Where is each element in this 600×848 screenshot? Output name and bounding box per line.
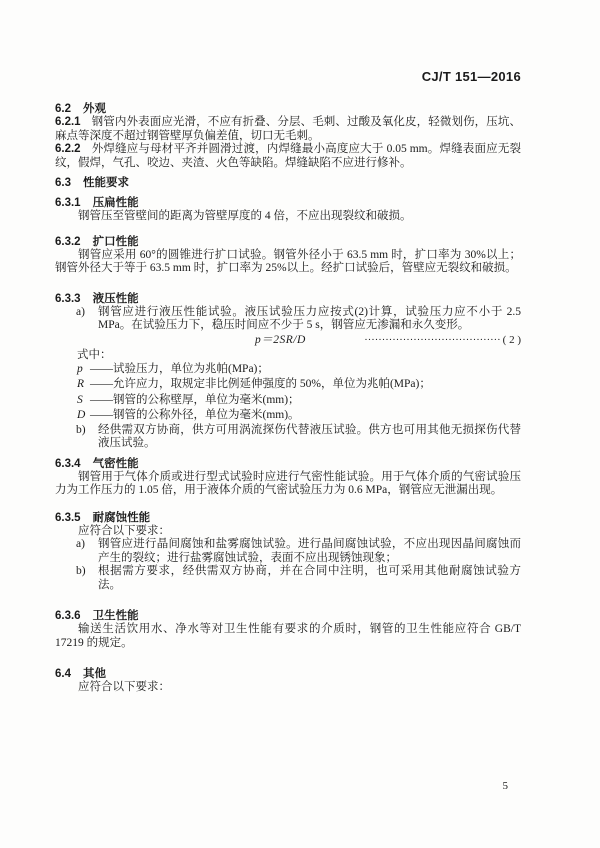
- list-item-6-3-3-a: a)钢管应进行液压性能试验。液压试验压力应按式(2)计算，试验压力应不小于 2.…: [55, 306, 521, 333]
- section-title: 外观: [83, 103, 106, 115]
- clause-6-2-1: 6.2.1钢管内外表面应光滑，不应有折叠、分层、毛刺、过酸及氧化皮，轻微划伤，压…: [55, 116, 521, 143]
- paragraph-6-3-6: 输送生活饮用水、净水等对卫生性能有要求的介质时，钢管的卫生性能应符合 GB/T …: [55, 623, 521, 650]
- section-heading-6-3-2: 6.3.2扩口性能: [55, 235, 521, 249]
- section-number: 6.3.4: [55, 458, 81, 470]
- list-text: 经供需双方协商，供方可用涡流探伤代替液压试验。供方也可用其他无损探伤代替液压试验…: [98, 424, 521, 450]
- section-title: 性能要求: [83, 177, 129, 189]
- section-heading-6-4: 6.4其他: [55, 667, 521, 681]
- formula-number: ( 2 ): [503, 333, 521, 347]
- symbol-definition-row: p——试验压力，单位为兆帕(MPa)；: [55, 362, 521, 378]
- section-number: 6.2: [55, 103, 71, 115]
- section-heading-6-3-6: 6.3.6卫生性能: [55, 609, 521, 623]
- section-heading-6-3-5: 6.3.5耐腐蚀性能: [55, 511, 521, 525]
- paragraph-6-3-5-intro: 应符合以下要求：: [55, 525, 521, 539]
- symbol: S: [77, 393, 90, 409]
- clause-number: 6.2.1: [55, 116, 81, 128]
- formula-row: p＝2SR/D ································…: [55, 333, 521, 348]
- symbol: R: [77, 377, 90, 393]
- list-text: 钢管应进行晶间腐蚀和盐雾腐蚀试验。进行晶间腐蚀试验，不应出现因晶间腐蚀而产生的裂…: [98, 538, 521, 564]
- symbol-definition-row: S——钢管的公称壁厚，单位为毫米(mm)；: [55, 393, 521, 409]
- symbol-definition-row: R——允许应力，取规定非比例延伸强度的 50%，单位为兆帕(MPa)；: [55, 377, 521, 393]
- list-text: 根据需方要求，经供需双方协商，并在合同中注明，也可采用其他耐腐蚀试验方法。: [98, 565, 521, 591]
- formula-expression: p＝2SR/D: [255, 333, 306, 347]
- section-title: 气密性能: [93, 458, 139, 470]
- section-number: 6.3.6: [55, 610, 81, 622]
- section-title: 其他: [83, 668, 106, 680]
- section-heading-6-3: 6.3性能要求: [55, 176, 521, 190]
- paragraph-6-3-2: 钢管应采用 60°的圆锥进行扩口试验。钢管外径小于 63.5 mm 时，扩口率为…: [55, 249, 521, 276]
- paragraph-6-3-4: 钢管用于气体介质或进行型式试验时应进行气密性能试验。用于气体介质的气密试验压力为…: [55, 471, 521, 498]
- section-title: 耐腐蚀性能: [93, 512, 151, 524]
- section-heading-6-3-3: 6.3.3液压性能: [55, 292, 521, 306]
- section-heading-6-3-1: 6.3.1压扁性能: [55, 196, 521, 210]
- section-heading-6-2: 6.2外观: [55, 102, 521, 116]
- section-heading-6-3-4: 6.3.4气密性能: [55, 457, 521, 471]
- symbol-description: ——允许应力，取规定非比例延伸强度的 50%，单位为兆帕(MPa)；: [90, 378, 431, 390]
- section-number: 6.3.5: [55, 512, 81, 524]
- paragraph-6-3-1: 钢管压至管壁间的距离为管壁厚度的 4 倍，不应出现裂纹和破损。: [55, 210, 521, 224]
- page-number: 5: [503, 780, 509, 792]
- clause-text: 外焊缝应与母材平齐并圆滑过渡，内焊缝最小高度应大于 0.05 mm。焊缝表面应无…: [55, 143, 521, 169]
- symbol: D: [77, 408, 90, 424]
- where-label: 式中：: [55, 348, 521, 362]
- clause-6-2-2: 6.2.2外焊缝应与母材平齐并圆滑过渡，内焊缝最小高度应大于 0.05 mm。焊…: [55, 143, 521, 170]
- section-number: 6.3: [55, 177, 71, 189]
- list-marker: b): [76, 565, 86, 579]
- section-number: 6.3.1: [55, 197, 81, 209]
- paragraph-6-4-intro: 应符合以下要求：: [55, 681, 521, 695]
- section-title: 卫生性能: [93, 610, 139, 622]
- list-marker: a): [76, 306, 85, 320]
- clause-number: 6.2.2: [55, 143, 81, 155]
- standard-code-header: CJ/T 151—2016: [55, 70, 521, 84]
- symbol-description: ——试验压力，单位为兆帕(MPa)；: [90, 363, 269, 375]
- symbol: p: [77, 362, 90, 378]
- section-title: 压扁性能: [93, 197, 139, 209]
- section-title: 液压性能: [93, 293, 139, 305]
- formula-dots: ·······································: [364, 334, 500, 348]
- list-marker: a): [76, 538, 85, 552]
- list-text: 钢管应进行液压性能试验。液压试验压力应按式(2)计算，试验压力应不小于 2.5 …: [98, 306, 521, 332]
- symbol-definition-row: D——钢管的公称外径，单位为毫米(mm)。: [55, 408, 521, 424]
- list-item-6-3-5-b: b)根据需方要求，经供需双方协商，并在合同中注明，也可采用其他耐腐蚀试验方法。: [55, 565, 521, 592]
- document-page: CJ/T 151—2016 6.2外观 6.2.1钢管内外表面应光滑，不应有折叠…: [0, 0, 600, 848]
- section-title: 扩口性能: [93, 236, 139, 248]
- symbol-description: ——钢管的公称外径，单位为毫米(mm)。: [90, 409, 300, 421]
- section-number: 6.3.3: [55, 293, 81, 305]
- section-number: 6.4: [55, 668, 71, 680]
- section-number: 6.3.2: [55, 236, 81, 248]
- list-item-6-3-3-b: b)经供需双方协商，供方可用涡流探伤代替液压试验。供方也可用其他无损探伤代替液压…: [55, 424, 521, 451]
- clause-text: 钢管内外表面应光滑，不应有折叠、分层、毛刺、过酸及氧化皮，轻微划伤，压坑、麻点等…: [55, 116, 521, 142]
- list-marker: b): [76, 424, 86, 438]
- list-item-6-3-5-a: a)钢管应进行晶间腐蚀和盐雾腐蚀试验。进行晶间腐蚀试验，不应出现因晶间腐蚀而产生…: [55, 538, 521, 565]
- symbol-description: ——钢管的公称壁厚，单位为毫米(mm)；: [90, 394, 300, 406]
